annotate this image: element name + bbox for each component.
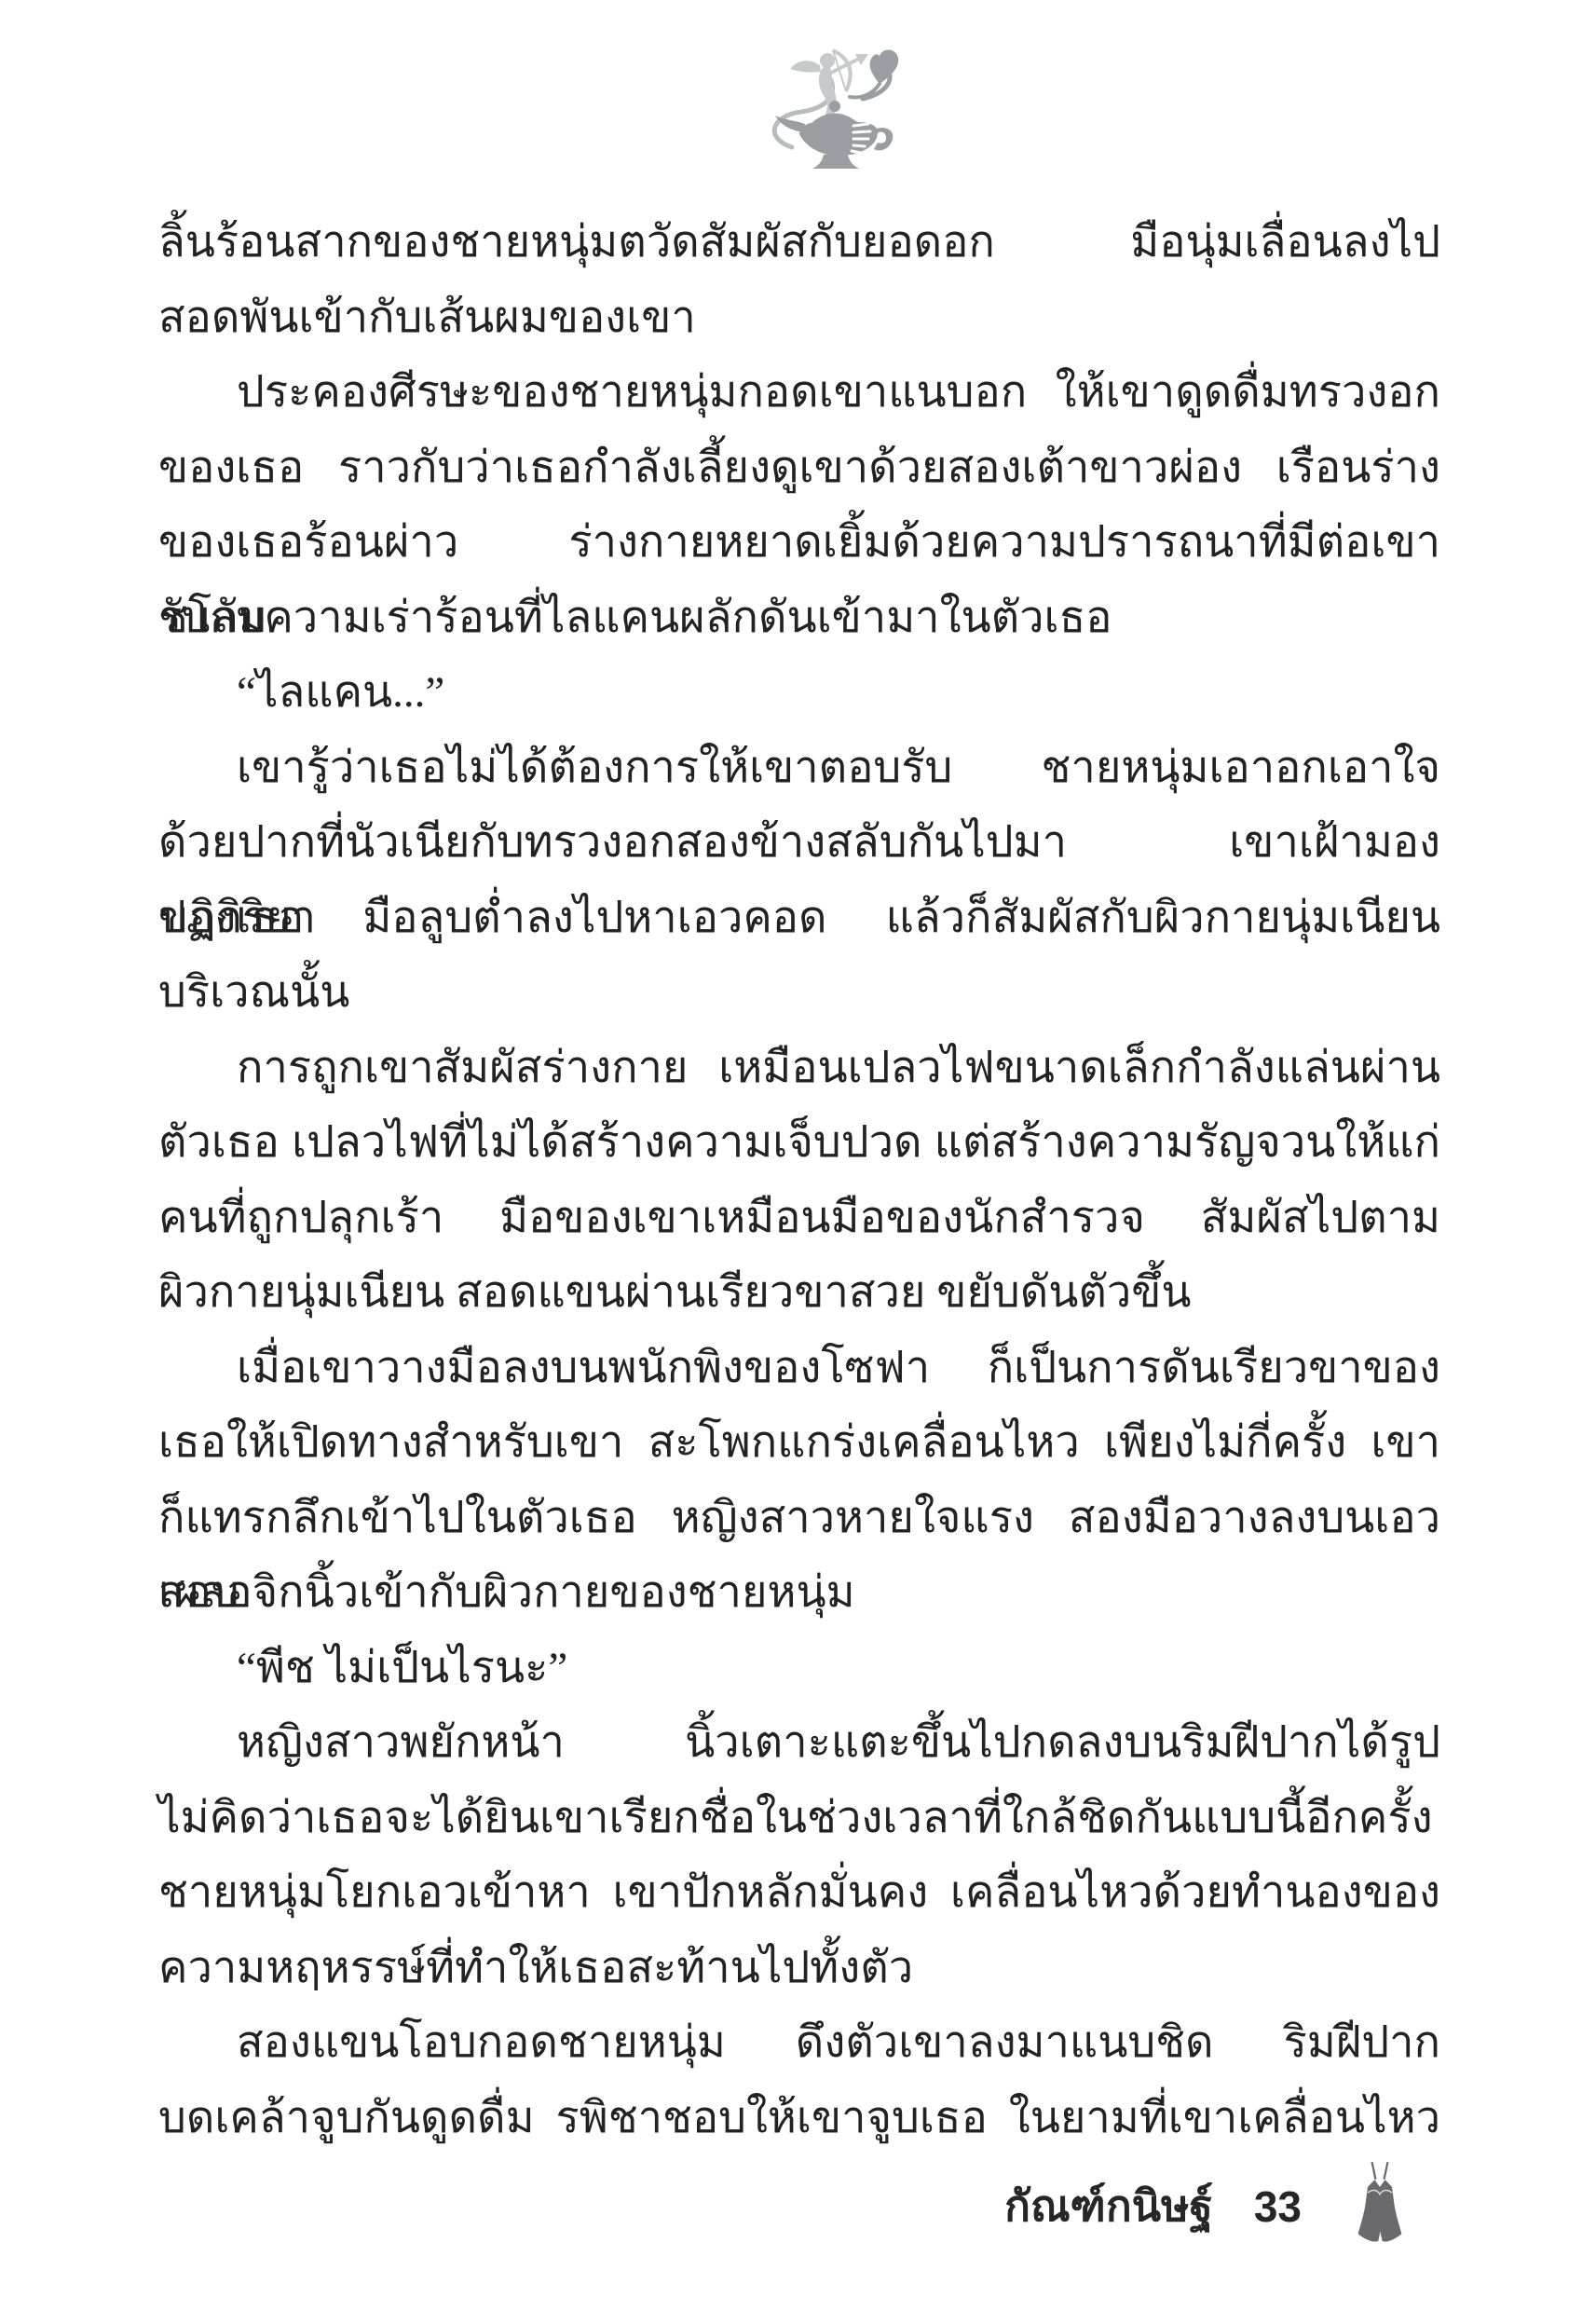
text-line: ของเธอ มือลูบต่ำลงไปหาเอวคอด แล้วก็สัมผั… [158,881,1440,956]
dress-icon [1356,2156,1404,2253]
text-line: เธอให้เปิดทางสำหรับเขา สะโพกแกร่งเคลื่อน… [158,1405,1440,1481]
text-line: การถูกเขาสัมผัสร่างกาย เหมือนเปลวไฟขนาดเ… [158,1031,1440,1106]
text-line: สองแขนโอบกอดชายหนุ่ม ดึงตัวเขาลงมาแนบชิด… [158,2005,1440,2081]
text-line: คนที่ถูกปลุกเร้า มือของเขาเหมือนมือของนั… [158,1181,1440,1256]
text-line: “พีช ไม่เป็นไรนะ” [158,1631,1440,1706]
text-line: ด้วยปากที่นัวเนียกับทรวงอกสองข้างสลับกัน… [158,805,1440,881]
text-line: ก็แทรกลึกเข้าไปในตัวเธอ หญิงสาวหายใจแรง … [158,1481,1440,1556]
text-line: ไม่คิดว่าเธอจะได้ยินเขาเรียกชื่อในช่วงเว… [158,1781,1440,1856]
text-line: เมื่อเขาวางมือลงบนพนักพิงของโซฟา ก็เป็นก… [158,1331,1440,1406]
text-line: ประคองศีรษะของชายหนุ่มกอดเขาแนบอก ให้เขา… [158,355,1440,431]
page-number: 33 [1254,2179,1302,2235]
text-line: บริเวณนั้น [158,955,1440,1031]
text-line: “ไลแคน...” [158,655,1440,731]
text-line: ความหฤหรรษ์ที่ทำให้เธอสะท้านไปทั้งตัว [158,1931,1440,2006]
page-footer: กัณฑ์กนิษฐ์ 33 [1004,2179,1404,2253]
genie-lamp [775,101,893,169]
text-line: เขารู้ว่าเธอไม่ได้ต้องการให้เขาตอบรับ ชา… [158,731,1440,806]
text-line: ของเธอร้อนผ่าว ร่างกายหยาดเยิ้มด้วยความป… [158,505,1440,581]
text-line: บดเคล้าจูบกันดูดดื่ม รพิชาชอบให้เขาจูบเธ… [158,2081,1440,2156]
footer-book-title: กัณฑ์กนิษฐ์ [1004,2179,1213,2235]
cupid-lamp-ornament [771,37,911,177]
text-line: รับกับความเร่าร้อนที่ไลแคนผลักดันเข้ามาใ… [158,581,1440,656]
text-line: ลิ้นร้อนสากของชายหนุ่มตวัดสัมผัสกับยอดอก… [158,205,1440,280]
body-text: ลิ้นร้อนสากของชายหนุ่มตวัดสัมผัสกับยอดอก… [158,205,1440,2155]
book-page: ลิ้นร้อนสากของชายหนุ่มตวัดสัมผัสกับยอดอก… [0,0,1596,2311]
text-line: ผิวกายนุ่มเนียน สอดแขนผ่านเรียวขาสวย ขยั… [158,1255,1440,1331]
heart-shape [870,49,899,84]
text-line: หญิงสาวพยักหน้า นิ้วเตาะแตะขึ้นไปกดลงบนร… [158,1705,1440,1781]
text-line: ของเธอ ราวกับว่าเธอกำลังเลี้ยงดูเขาด้วยส… [158,431,1440,506]
text-line: สอดพันเข้ากับเส้นผมของเขา [158,280,1440,356]
text-line: เผลอจิกนิ้วเข้ากับผิวกายของชายหนุ่ม [158,1555,1440,1631]
text-line: ชายหนุ่มโยกเอวเข้าหา เขาปักหลักมั่นคง เค… [158,1855,1440,1931]
text-line: ตัวเธอ เปลวไฟที่ไม่ได้สร้างความเจ็บปวด แ… [158,1105,1440,1181]
